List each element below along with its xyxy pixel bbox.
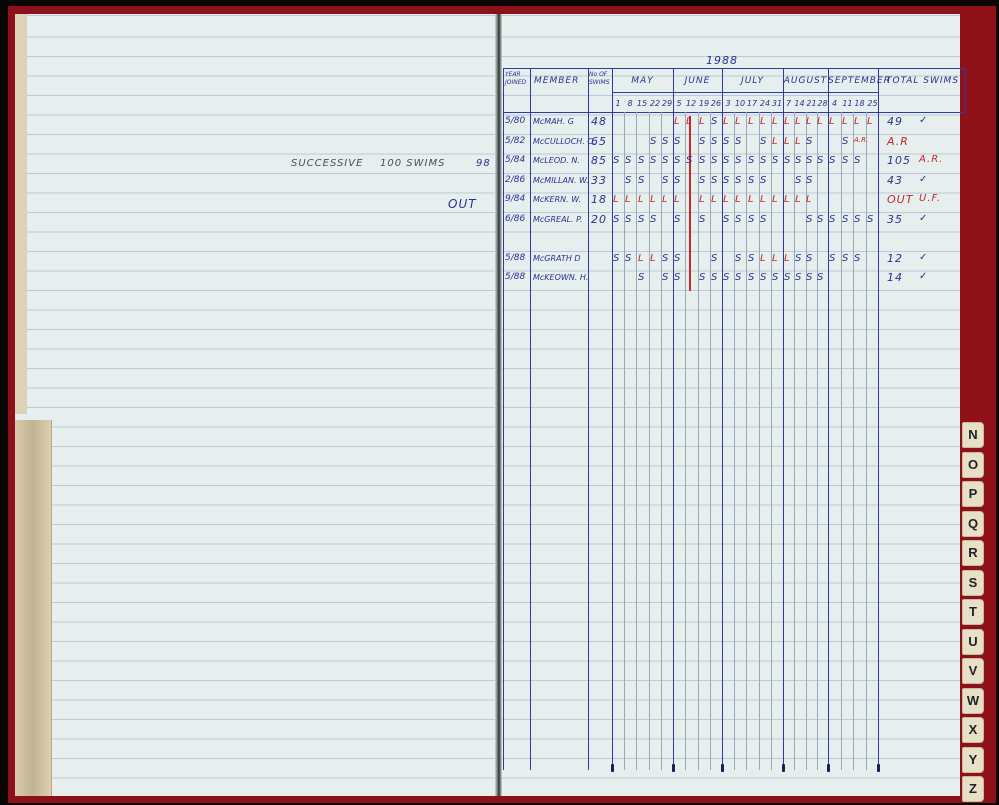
attendance-mark: S xyxy=(842,214,848,225)
member-name: McMILLAN. W. xyxy=(533,176,589,185)
week-date: 26 xyxy=(710,99,722,108)
attendance-mark: S xyxy=(662,155,668,166)
total-note: ✓ xyxy=(919,271,928,282)
year-joined: 5/84 xyxy=(505,155,525,165)
attendance-mark: S xyxy=(674,214,680,225)
attendance-mark: S xyxy=(723,155,729,166)
member-name: McCULLOCH. C. xyxy=(533,137,596,146)
ink-blot xyxy=(827,764,830,772)
attendance-mark: L xyxy=(772,116,778,127)
total-note: ✓ xyxy=(919,174,928,185)
member-name: McGRATH D xyxy=(533,254,581,263)
ledger-row[interactable]: 5/88McKEOWN. H.SSSSSSSSSSSSSS14✓ xyxy=(503,272,965,292)
ledger-row[interactable]: 5/80McMAH. G48LLLSLLLLLLLLLLLLL49✓ xyxy=(503,116,965,136)
attendance-mark: L xyxy=(854,116,860,127)
attendance-mark: S xyxy=(795,253,801,264)
index-tab-n[interactable]: N xyxy=(962,422,984,448)
week-date: 8 xyxy=(624,99,636,108)
note-100-swims: 100 SWIMS xyxy=(380,158,445,169)
total-note: ✓ xyxy=(919,252,928,263)
previous-swims: 48 xyxy=(591,115,607,128)
attendance-mark: S xyxy=(795,155,801,166)
attendance-mark: L xyxy=(686,116,692,127)
index-tab-y[interactable]: Y xyxy=(962,747,984,773)
total-note: U.F. xyxy=(919,193,941,204)
attendance-mark: S xyxy=(829,155,835,166)
attendance-mark: S xyxy=(674,155,680,166)
attendance-mark: S xyxy=(817,155,823,166)
year-joined: 5/82 xyxy=(505,136,525,146)
attendance-mark: S xyxy=(699,272,705,283)
year-joined: 2/86 xyxy=(505,175,525,185)
attendance-mark: L xyxy=(806,194,812,205)
week-date: 3 xyxy=(722,99,734,108)
attendance-mark: S xyxy=(784,272,790,283)
total-swims: 105 xyxy=(887,154,911,167)
attendance-mark: L xyxy=(625,194,631,205)
previous-swims: 85 xyxy=(591,154,607,167)
member-name: McGREAL. P. xyxy=(533,215,582,224)
attendance-mark: L xyxy=(784,194,790,205)
attendance-mark: L xyxy=(662,194,668,205)
ledger-row[interactable]: 2/86McMILLAN. W.33SSSSSSSSSSSS43✓ xyxy=(503,175,965,195)
col-year-joined: YEAR JOINED xyxy=(505,71,529,87)
ledger-year: 1988 xyxy=(706,54,738,67)
index-tab-r[interactable]: R xyxy=(962,540,984,566)
col-member: MEMBER xyxy=(534,76,579,86)
member-name: McMAH. G xyxy=(533,117,574,126)
attendance-mark: S xyxy=(674,136,680,147)
total-note: ✓ xyxy=(919,115,928,126)
attendance-mark: L xyxy=(784,253,790,264)
col-no-of-swims: No OF SWIMS xyxy=(589,71,612,87)
attendance-mark: L xyxy=(674,116,680,127)
attendance-mark: S xyxy=(854,214,860,225)
attendance-mark: S xyxy=(625,155,631,166)
attendance-mark: S xyxy=(625,175,631,186)
month-august: AUGUST xyxy=(783,76,828,86)
page-edge-strip xyxy=(15,14,27,414)
index-tab-t[interactable]: T xyxy=(962,599,984,625)
note-out: OUT xyxy=(448,197,477,211)
week-date: 19 xyxy=(698,99,710,108)
attendance-mark: S xyxy=(699,136,705,147)
attendance-mark: S xyxy=(829,253,835,264)
week-date: 1 xyxy=(612,99,624,108)
note-98: 98 xyxy=(476,158,491,169)
attendance-mark: S xyxy=(735,253,741,264)
attendance-mark: L xyxy=(795,116,801,127)
month-june: JUNE xyxy=(673,76,722,86)
attendance-mark: S xyxy=(723,136,729,147)
attendance-mark: S xyxy=(723,175,729,186)
attendance-mark: L xyxy=(723,194,729,205)
attendance-mark: S xyxy=(854,253,860,264)
attendance-mark: L xyxy=(806,116,812,127)
attendance-mark: S xyxy=(613,253,619,264)
attendance-mark: L xyxy=(748,116,754,127)
attendance-mark: S xyxy=(817,272,823,283)
previous-swims: 18 xyxy=(591,193,607,206)
attendance-mark: S xyxy=(735,272,741,283)
index-tab-v[interactable]: V xyxy=(962,658,984,684)
attendance-mark: S xyxy=(711,116,717,127)
attendance-mark: S xyxy=(760,272,766,283)
member-name: McKERN. W. xyxy=(533,195,581,204)
note-successive: SUCCESSIVE xyxy=(291,158,363,169)
attendance-mark: S xyxy=(817,214,823,225)
attendance-mark: S xyxy=(784,155,790,166)
attendance-mark: L xyxy=(842,116,848,127)
attendance-mark: A.R. xyxy=(854,136,868,144)
attendance-mark: S xyxy=(723,214,729,225)
attendance-mark: L xyxy=(760,194,766,205)
attendance-mark: S xyxy=(625,253,631,264)
attendance-mark: S xyxy=(674,253,680,264)
attendance-mark: L xyxy=(723,116,729,127)
attendance-mark: L xyxy=(735,194,741,205)
month-september: SEPTEMBER xyxy=(828,76,878,86)
index-tab-q[interactable]: Q xyxy=(962,511,984,537)
ink-blot xyxy=(877,764,880,772)
week-date: 18 xyxy=(853,99,866,108)
attendance-mark: S xyxy=(650,214,656,225)
attendance-mark: S xyxy=(748,175,754,186)
attendance-mark: S xyxy=(662,175,668,186)
attendance-mark: S xyxy=(760,175,766,186)
attendance-mark: S xyxy=(806,155,812,166)
index-tab-p[interactable]: P xyxy=(962,481,984,507)
attendance-mark: S xyxy=(772,155,778,166)
total-swims: 12 xyxy=(887,252,903,265)
attendance-mark: S xyxy=(806,272,812,283)
col-total-swims: TOTAL SWIMS xyxy=(886,76,959,86)
header-top-line xyxy=(503,68,965,69)
attendance-mark: S xyxy=(711,155,717,166)
attendance-mark: S xyxy=(735,136,741,147)
attendance-mark: L xyxy=(699,194,705,205)
ledger-row[interactable]: 5/84McLEOD. N.85SSSSSSSSSSSSSSSSSSSSS105… xyxy=(503,155,965,175)
attendance-mark: S xyxy=(760,136,766,147)
attendance-mark: S xyxy=(760,214,766,225)
week-date: 24 xyxy=(759,99,771,108)
total-swims: 14 xyxy=(887,271,903,284)
ledger-row[interactable]: 6/86McGREAL. P.20SSSSSSSSSSSSSSSS35✓ xyxy=(503,214,965,234)
attendance-mark: S xyxy=(772,272,778,283)
month-may: MAY xyxy=(612,76,673,86)
week-date: 22 xyxy=(649,99,661,108)
attendance-mark: S xyxy=(650,136,656,147)
attendance-mark: L xyxy=(760,253,766,264)
attendance-mark: S xyxy=(638,155,644,166)
attendance-mark: S xyxy=(842,155,848,166)
ink-blot xyxy=(782,764,785,772)
ink-blot xyxy=(611,764,614,772)
attendance-mark: S xyxy=(723,272,729,283)
left-page xyxy=(15,14,497,796)
previous-swims: 65 xyxy=(591,135,607,148)
ink-blot xyxy=(721,764,724,772)
week-date: 12 xyxy=(685,99,697,108)
attendance-mark: L xyxy=(748,194,754,205)
week-date: 4 xyxy=(828,99,841,108)
attendance-mark: L xyxy=(817,116,823,127)
attendance-mark: S xyxy=(829,214,835,225)
week-date: 28 xyxy=(817,99,828,108)
attendance-mark: S xyxy=(662,136,668,147)
index-tab-z[interactable]: Z xyxy=(962,776,984,802)
attendance-mark: L xyxy=(867,116,873,127)
attendance-mark: S xyxy=(711,175,717,186)
attendance-mark: S xyxy=(674,175,680,186)
attendance-mark: S xyxy=(662,253,668,264)
total-swims: 43 xyxy=(887,174,903,187)
week-date: 15 xyxy=(636,99,648,108)
attendance-mark: S xyxy=(613,214,619,225)
attendance-mark: S xyxy=(735,175,741,186)
attendance-mark: L xyxy=(795,136,801,147)
year-joined: 9/84 xyxy=(505,194,525,204)
attendance-mark: L xyxy=(650,194,656,205)
total-swims: OUT xyxy=(887,193,913,206)
ledger-row[interactable]: 5/88McGRATH DSSLLSSSSSLLLSSSSS12✓ xyxy=(503,253,965,273)
attendance-mark: S xyxy=(735,155,741,166)
attendance-mark: S xyxy=(842,253,848,264)
week-date: 10 xyxy=(734,99,746,108)
attendance-mark: S xyxy=(760,155,766,166)
attendance-mark: L xyxy=(638,194,644,205)
member-name: McKEOWN. H. xyxy=(533,273,588,282)
attendance-mark: S xyxy=(650,155,656,166)
total-note: ✓ xyxy=(919,213,928,224)
ledger-row[interactable] xyxy=(503,233,965,253)
attendance-mark: L xyxy=(772,136,778,147)
week-date: 21 xyxy=(806,99,817,108)
attendance-mark: S xyxy=(699,214,705,225)
total-swims: A.R xyxy=(887,135,909,148)
attendance-mark: S xyxy=(748,272,754,283)
attendance-mark: S xyxy=(625,214,631,225)
attendance-mark: L xyxy=(784,136,790,147)
ink-blot xyxy=(672,764,675,772)
month-july: JULY xyxy=(722,76,783,86)
attendance-mark: S xyxy=(711,253,717,264)
attendance-mark: S xyxy=(806,175,812,186)
attendance-mark: L xyxy=(829,116,835,127)
ledger-row[interactable]: 9/84McKERN. W.18LLLLLLLLLLLLLLLLOUTU.F. xyxy=(503,194,965,214)
index-tab-x[interactable]: X xyxy=(962,717,984,743)
attendance-mark: S xyxy=(795,272,801,283)
attendance-mark: S xyxy=(806,253,812,264)
week-date: 7 xyxy=(783,99,794,108)
attendance-mark: L xyxy=(613,194,619,205)
year-joined: 5/88 xyxy=(505,272,525,282)
attendance-mark: L xyxy=(772,253,778,264)
attendance-mark: S xyxy=(806,214,812,225)
week-date: 14 xyxy=(794,99,805,108)
week-date: 17 xyxy=(746,99,758,108)
column-divider xyxy=(965,68,966,112)
year-joined: 5/80 xyxy=(505,116,525,126)
attendance-mark: S xyxy=(806,136,812,147)
attendance-mark: S xyxy=(699,175,705,186)
attendance-mark: S xyxy=(638,272,644,283)
attendance-mark: S xyxy=(674,272,680,283)
week-date: 31 xyxy=(771,99,783,108)
attendance-mark: S xyxy=(854,155,860,166)
previous-swims: 20 xyxy=(591,213,607,226)
index-tab-o[interactable]: O xyxy=(962,452,984,478)
total-note: A.R. xyxy=(919,154,943,165)
attendance-mark: S xyxy=(686,155,692,166)
total-swims: 35 xyxy=(887,213,903,226)
attendance-mark: S xyxy=(842,136,848,147)
previous-swims: 33 xyxy=(591,174,607,187)
ruled-lines xyxy=(15,14,497,796)
index-tab-s[interactable]: S xyxy=(962,570,984,596)
attendance-mark: L xyxy=(735,116,741,127)
attendance-mark: L xyxy=(711,194,717,205)
year-joined: 5/88 xyxy=(505,253,525,263)
attendance-mark: L xyxy=(638,253,644,264)
attendance-mark: S xyxy=(711,272,717,283)
attendance-mark: L xyxy=(760,116,766,127)
header-month-line xyxy=(612,92,878,93)
week-date: 29 xyxy=(661,99,673,108)
attendance-mark: S xyxy=(638,175,644,186)
year-joined: 6/86 xyxy=(505,214,525,224)
attendance-mark: S xyxy=(613,155,619,166)
attendance-mark: L xyxy=(674,194,680,205)
attendance-mark: S xyxy=(711,136,717,147)
attendance-mark: L xyxy=(650,253,656,264)
index-tab-u[interactable]: U xyxy=(962,629,984,655)
attendance-mark: S xyxy=(735,214,741,225)
attendance-mark: S xyxy=(867,214,873,225)
week-date: 25 xyxy=(866,99,879,108)
attendance-mark: L xyxy=(795,194,801,205)
folded-flap xyxy=(15,420,52,796)
total-swims: 49 xyxy=(887,115,903,128)
week-date: 5 xyxy=(673,99,685,108)
attendance-mark: L xyxy=(784,116,790,127)
attendance-mark: S xyxy=(699,155,705,166)
member-name: McLEOD. N. xyxy=(533,156,580,165)
attendance-mark: L xyxy=(772,194,778,205)
attendance-mark: S xyxy=(638,214,644,225)
attendance-mark: S xyxy=(748,155,754,166)
ledger-row[interactable]: 5/82McCULLOCH. C.65SSSSSSSSLLLSSA.R.A.R xyxy=(503,136,965,156)
attendance-mark: S xyxy=(748,253,754,264)
attendance-mark: L xyxy=(699,116,705,127)
attendance-mark: S xyxy=(662,272,668,283)
book-gutter xyxy=(495,14,502,796)
attendance-mark: S xyxy=(795,175,801,186)
index-tab-w[interactable]: W xyxy=(962,688,984,714)
attendance-mark: S xyxy=(748,214,754,225)
